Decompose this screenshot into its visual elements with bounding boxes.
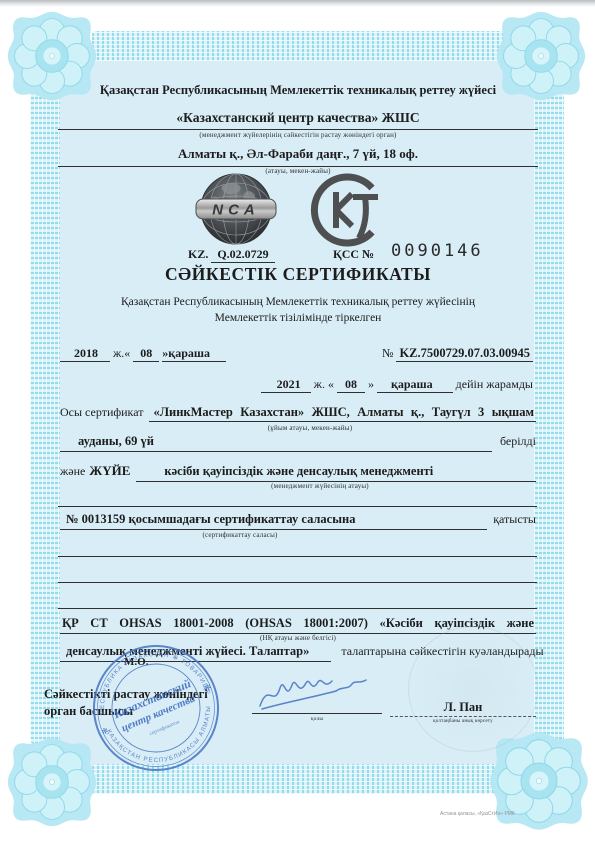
- regno-label: №: [382, 346, 393, 360]
- scan-edge-artifact: [0, 0, 595, 7]
- holder-prefix: Осы сертификат: [60, 405, 143, 420]
- holder-name: «ЛинкМастер Казахстан» ЖШС, Алматы қ., Т…: [149, 405, 536, 422]
- issued-label: берілді: [500, 434, 536, 449]
- holder-row2: ауданы, 69 үй берілді: [60, 434, 536, 452]
- blank-line: [58, 582, 537, 583]
- border-ribbon-top: [92, 31, 504, 61]
- issue-month: »қараша: [162, 346, 226, 362]
- signature-line: [252, 713, 382, 714]
- accreditation-prefix: KZ.: [188, 247, 208, 261]
- holder-row1: Осы сертификат «ЛинкМастер Казахстан» ЖШ…: [60, 405, 536, 422]
- valid-month: қараша: [377, 377, 453, 393]
- blank-line: [58, 506, 537, 507]
- corner-rosette-ornament: [4, 734, 100, 830]
- signer-name-note: қолтаңбаны анық көрсету: [390, 719, 536, 724]
- border-ribbon-left: [30, 92, 60, 744]
- kt-conformity-mark: [309, 171, 387, 249]
- certification-body-name: «Казахстанский центр качества» ЖШС: [176, 110, 419, 125]
- regno-value: KZ.7500729.07.03.00945: [396, 346, 533, 362]
- system-value: кәсіби қауіпсіздік және денсаулық менедж…: [136, 464, 536, 482]
- registered-line1: Қазақстан Республикасының Мемлекеттік те…: [60, 296, 536, 308]
- issue-date: 2018 ж.« 08 »қараша: [60, 346, 226, 361]
- system-prefix: және: [60, 464, 85, 479]
- blank-line: [58, 608, 537, 609]
- print-shop-note: Астана қаласы, «ҚазСтИн» РМК: [440, 811, 515, 817]
- signer-name: Л. Пан: [392, 700, 534, 715]
- signature-note: қолы: [252, 716, 382, 722]
- holder-address: ауданы, 69 үй: [60, 434, 492, 452]
- watermark-seal-ghost: [408, 626, 538, 752]
- certificate-title: СӘЙКЕСТІК СЕРТИФИКАТЫ: [60, 264, 536, 285]
- scope-value: № 0013159 қосымшадағы сертификаттау сала…: [60, 512, 487, 530]
- stamp-asterisk-left: ✻: [100, 726, 110, 737]
- issue-day: 08: [133, 346, 159, 362]
- accreditation-no: Q.02.0729: [211, 247, 274, 263]
- signer-name-line: [390, 716, 536, 717]
- accreditation-number: KZ. Q.02.0729: [188, 247, 275, 262]
- valid-until: 2021 ж. « 08 » қараша дейін жарамды: [261, 377, 533, 392]
- issue-zh: ж.«: [113, 346, 130, 360]
- certification-body-address: Алматы қ., Әл-Фараби даңғ., 7 үй, 18 оф.: [178, 146, 418, 161]
- valid-zh: ж. «: [314, 377, 334, 391]
- registered-line2: Мемлекеттік тізілімінде тіркелген: [60, 312, 536, 324]
- form-serial-number: 0090146: [391, 241, 484, 261]
- valid-year: 2021: [261, 377, 311, 393]
- valid-close: »: [368, 377, 374, 391]
- certification-body-note: (менеджмент жүйелерінің сәйкестігін раст…: [60, 131, 536, 139]
- certificate-page: Қазақстан Республикасының Мемлекеттік те…: [0, 0, 595, 842]
- registration-number: № KZ.7500729.07.03.00945: [382, 346, 533, 361]
- system-label: ЖҮЙЕ: [89, 463, 130, 479]
- signature-ink: [252, 676, 376, 714]
- system-note: (менеджмент жүйесінің атауы): [160, 482, 480, 490]
- issue-year: 2018: [60, 346, 110, 362]
- valid-day: 08: [337, 377, 365, 393]
- valid-suffix: дейін жарамды: [456, 377, 533, 391]
- scope-note: (сертификаттау саласы): [90, 531, 390, 539]
- blank-line: [58, 556, 537, 557]
- holder-note: (ұйым атауы, мекен-жайы): [160, 424, 460, 432]
- system-header: Қазақстан Республикасының Мемлекеттік те…: [60, 83, 536, 98]
- scope-suffix: қатысты: [493, 512, 536, 527]
- certification-body-address-note: (атауы, мекен-жайы): [60, 167, 536, 175]
- scope-row: № 0013159 қосымшадағы сертификаттау сала…: [60, 512, 536, 530]
- system-row: және ЖҮЙЕ кәсіби қауіпсіздік және денсау…: [60, 463, 536, 482]
- nca-logo-letters: NCA: [212, 202, 260, 219]
- form-number-label: ҚСС №: [333, 247, 374, 262]
- nca-globe-logo: NCA: [183, 171, 289, 249]
